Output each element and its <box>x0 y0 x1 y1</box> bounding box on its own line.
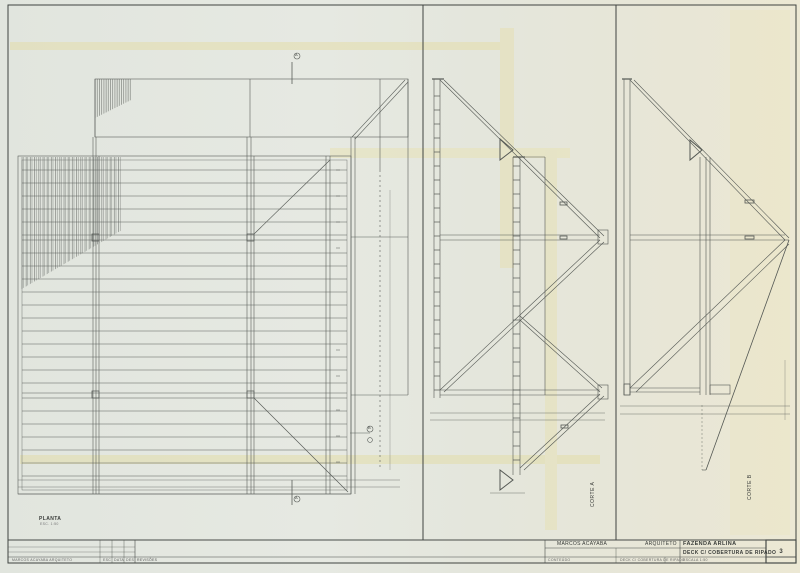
tb-left-code-3: DES <box>126 558 134 562</box>
tb-row3-right: ESCALA 1:50 <box>683 558 708 562</box>
section-a-view <box>430 79 608 493</box>
plan-scale-label: ESC. 1:50 <box>40 522 59 526</box>
tb-row3-left: CONTEÚDO <box>548 558 570 562</box>
section-a-label: CORTE A <box>590 482 596 507</box>
tb-sheet-number: 3 <box>771 549 791 555</box>
tb-role: ARQUITETO <box>645 541 677 547</box>
tb-sheet-title: DECK C/ COBERTURA DE RIPADO <box>683 550 776 556</box>
plan-view <box>18 53 408 505</box>
section-marker-top: A <box>295 52 298 57</box>
drawing-sheet: PLANTA ESC. 1:50 CORTE A CORTE B A B A M… <box>0 0 800 573</box>
tb-left-code-1: ESC <box>103 558 111 562</box>
tb-row3-mid: DECK C/ COBERTURA DE RIPADO <box>620 558 685 562</box>
section-marker-bottom: A <box>295 495 298 500</box>
section-b-label: CORTE B <box>747 474 753 500</box>
tb-left-notes: MARCOS ACAYABA ARQUITETO <box>12 558 72 562</box>
drawing-canvas <box>0 0 800 573</box>
section-marker-mid: B <box>368 425 371 430</box>
tb-project: FAZENDA ARLINA <box>683 541 736 547</box>
tb-author: MARCOS ACAYABA <box>557 541 607 547</box>
tb-left-code-2: DATA <box>114 558 124 562</box>
tb-left-stamp: REVISÕES <box>137 558 157 562</box>
